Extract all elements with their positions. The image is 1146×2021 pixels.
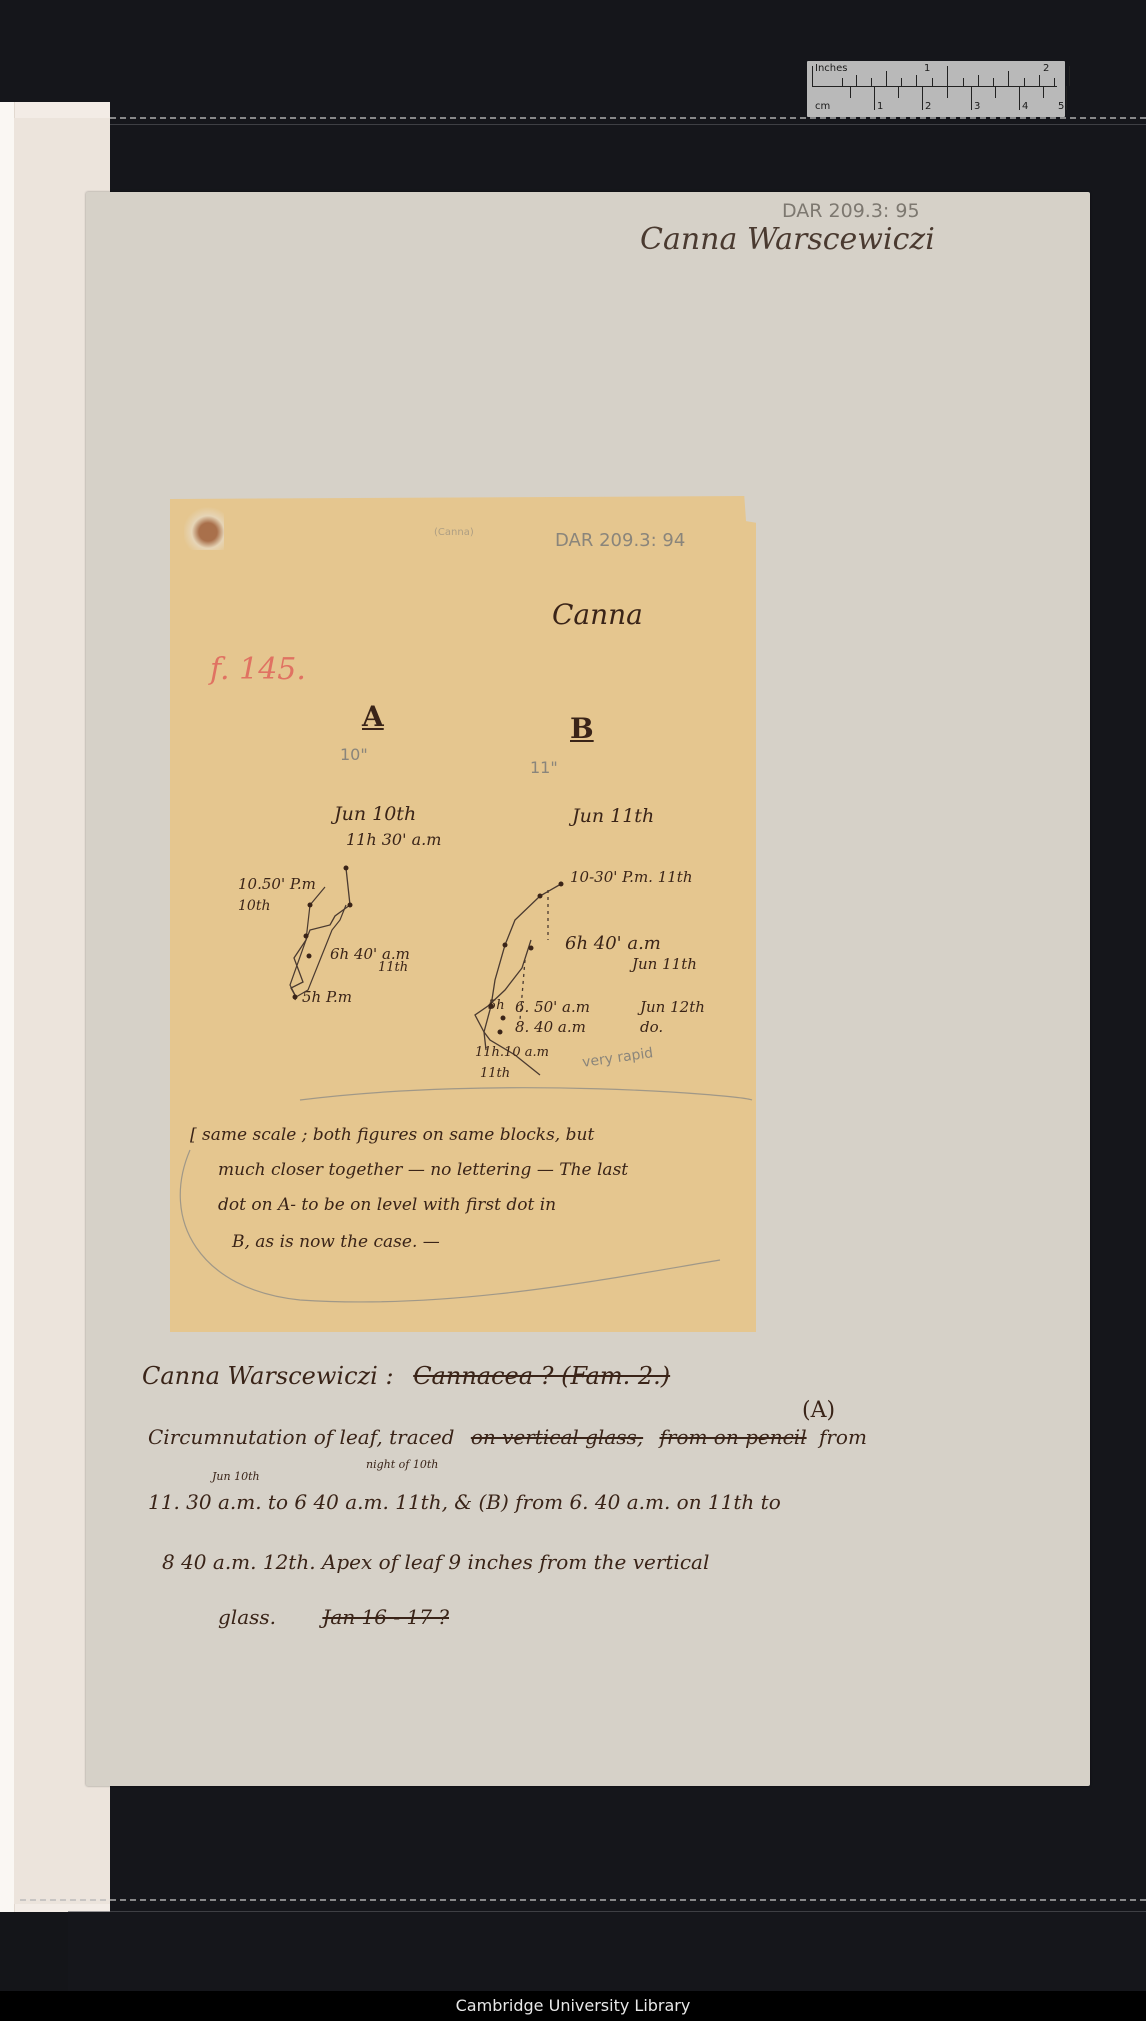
main-line-1-struck: Cannacea ? (Fam. 2.): [413, 1362, 670, 1390]
diagram-b-point-2-sub: Jun 11th: [632, 955, 697, 973]
main-line-4: 8 40 a.m. 12th. Apex of leaf 9 inches fr…: [162, 1550, 709, 1574]
main-line-5-text: glass.: [218, 1605, 276, 1629]
main-line-1: Canna Warscewiczi : Cannacea ? (Fam. 2.): [142, 1362, 670, 1390]
diagram-b-point-3: 5h: [488, 998, 505, 1013]
slip-note-line-1: [ same scale ; both figures on same bloc…: [190, 1125, 594, 1145]
main-line-5: glass. Jan 16 - 17 ?: [218, 1605, 449, 1629]
diagram-b-point-6: 11h.10 a.m: [475, 1045, 549, 1060]
diagram-b-point-2: 6h 40' a.m: [565, 933, 661, 954]
main-line-2: Circumnutation of leaf, traced on vertic…: [148, 1425, 867, 1449]
slip-note-line-3: dot on A- to be on level with first dot …: [218, 1195, 556, 1215]
diagram-b-label: B: [570, 712, 594, 745]
diagram-b-pencil-number: 11": [530, 758, 558, 777]
main-line-2-struck-2: from on pencil: [659, 1425, 806, 1449]
main-line-3-super-1: Jun 10th: [212, 1470, 260, 1483]
main-line-5-struck: Jan 16 - 17 ?: [322, 1605, 449, 1629]
main-line-2-text: Circumnutation of leaf, traced: [148, 1425, 454, 1449]
main-line-1-text: Canna Warscewiczi :: [142, 1362, 394, 1390]
main-line-3: 11. 30 a.m. to 6 40 a.m. 11th, & (B) fro…: [148, 1490, 781, 1514]
diagram-b-point-1: 10-30' P.m. 11th: [570, 868, 693, 886]
footer-credit: Cambridge University Library: [0, 1991, 1146, 2021]
diagram-b-point-4-sub: Jun 12th: [640, 998, 705, 1016]
slip-note-line-4: B, as is now the case. —: [232, 1232, 440, 1252]
main-line-3-super-2: night of 10th: [366, 1458, 438, 1471]
diagram-b-point-5: 8. 40 a.m: [515, 1018, 586, 1036]
diagram-b-date: Jun 11th: [572, 805, 654, 827]
main-insert-a: (A): [802, 1398, 835, 1423]
slip-note-line-2: much closer together — no lettering — Th…: [218, 1160, 628, 1180]
diagram-b-point-6-sub: 11th: [480, 1066, 510, 1081]
main-line-2-struck-1: on vertical glass,: [471, 1425, 643, 1449]
diagram-b-point-5-sub: do.: [640, 1018, 663, 1036]
main-line-2-tail: from: [819, 1425, 867, 1449]
diagram-b-point-4: 6. 50' a.m: [515, 998, 590, 1016]
